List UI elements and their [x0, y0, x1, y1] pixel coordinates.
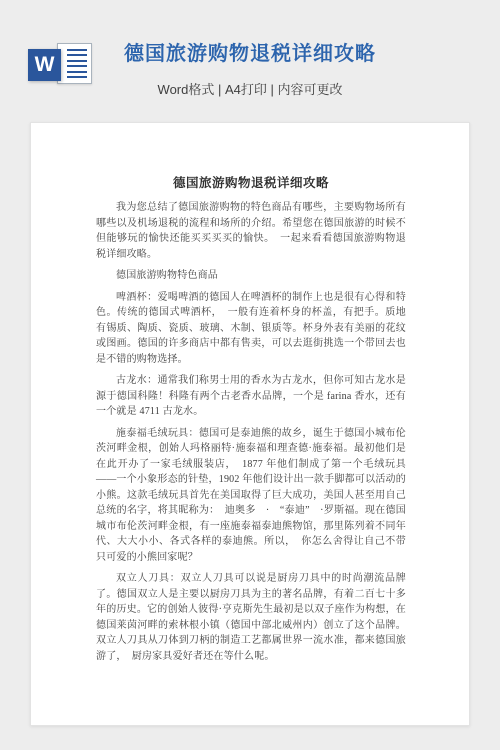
paragraph-intro: 我为您总结了德国旅游购物的特色商品有哪些，主要购物场所有哪些以及机场退税的流程和…: [96, 200, 406, 262]
page-subtitle: Word格式 | A4打印 | 内容可更改: [0, 81, 500, 98]
page-title: 德国旅游购物退税详细攻略: [0, 42, 500, 66]
site-header: W 德国旅游购物退税详细攻略 Word格式 | A4打印 | 内容可更改: [0, 0, 500, 122]
sheet-line: [67, 71, 87, 73]
paragraph-zwilling-knives: 双立人刀具：双立人刀具可以说是厨房刀具中的时尚潮流品牌了。德国双立人是主要以厨房…: [96, 571, 406, 664]
page: W 德国旅游购物退税详细攻略 Word格式 | A4打印 | 内容可更改 德国旅…: [0, 0, 500, 750]
document-title: 德国旅游购物退税详细攻略: [96, 175, 406, 191]
document-preview: 德国旅游购物退税详细攻略 我为您总结了德国旅游购物的特色商品有哪些，主要购物场所…: [30, 122, 470, 726]
paragraph-section-heading: 德国旅游购物特色商品: [96, 268, 406, 284]
paragraph-beer-stein: 啤酒杯：爱喝啤酒的德国人在啤酒杯的制作上也是很有心得和特色。传统的德国式啤酒杯，…: [96, 290, 406, 368]
sheet-line: [67, 76, 87, 78]
paragraph-steiff-plush: 施泰福毛绒玩具：德国可是泰迪熊的故乡，诞生于德国小城布伦茨河畔金根，创始人玛格丽…: [96, 426, 406, 566]
paragraph-cologne-water: 古龙水：通常我们称男士用的香水为古龙水，但你可知古龙水是源于德国科隆！科隆有两个…: [96, 373, 406, 420]
